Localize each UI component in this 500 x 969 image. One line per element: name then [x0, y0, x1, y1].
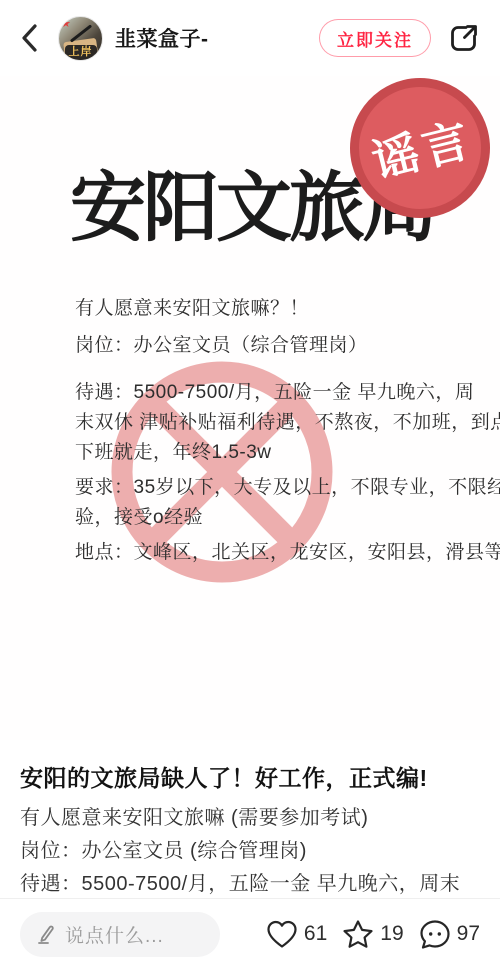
star-icon [341, 918, 375, 951]
image-text-line: 末双休 津贴补贴福利待遇，不熬夜，不加班，到点 [75, 408, 465, 438]
rumor-stamp-label: 谣言 [360, 103, 480, 193]
post-description-line: 岗位：办公室文员 (综合管理岗) [20, 835, 492, 868]
follow-button[interactable]: 立即关注 [319, 19, 431, 57]
image-text-line: 要求：35岁以下，大专及以上，不限专业，不限经 [75, 473, 465, 503]
top-nav-bar: ★ 上岸 韭菜盒子- 立即关注 [0, 0, 500, 76]
image-body-text: 有人愿意来安阳文旅嘛？！ 岗位：办公室文员（综合管理岗） 待遇：5500-750… [75, 294, 465, 568]
comment-button[interactable]: 97 [418, 918, 480, 951]
image-text-line: 下班就走，年终1.5-3w [75, 438, 465, 468]
post-title: 安阳的文旅局缺人了！好工作，正式编! [20, 760, 486, 793]
pencil-icon [35, 924, 56, 945]
back-button[interactable] [20, 22, 42, 54]
avatar-star-icon: ★ [61, 17, 71, 30]
note-image[interactable]: 安阳文旅局 谣言 有人愿意来安阳文旅嘛？！ 岗位：办公室文员（综合管理岗） 待遇… [0, 76, 500, 740]
image-text-line: 验，接受o经验 [75, 503, 465, 533]
avatar-badge: 上岸 [65, 45, 97, 60]
collect-button[interactable]: 19 [341, 918, 403, 951]
image-text-line: 待遇：5500-7500/月，五险一金 早九晚六，周 [75, 378, 465, 408]
share-button[interactable] [446, 21, 480, 55]
comment-count: 97 [457, 922, 480, 946]
chevron-left-icon [20, 23, 40, 53]
share-icon [447, 22, 480, 55]
comment-input[interactable]: 说点什么... [20, 912, 220, 957]
image-text-line: 有人愿意来安阳文旅嘛？！ [75, 294, 465, 324]
post-description-line: 有人愿意来安阳文旅嘛 (需要参加考试) [20, 802, 492, 835]
comment-bubble-icon [418, 918, 452, 951]
like-button[interactable]: 61 [265, 918, 327, 951]
image-text-line: 岗位：办公室文员（综合管理岗） [75, 331, 465, 361]
post-description: 有人愿意来安阳文旅嘛 (需要参加考试) 岗位：办公室文员 (综合管理岗) 待遇：… [20, 802, 492, 901]
post-description-line: 待遇：5500-7500/月，五险一金 早九晚六，周末 [20, 868, 492, 901]
like-count: 61 [304, 922, 327, 946]
username[interactable]: 韭菜盒子- [115, 23, 209, 53]
bottom-action-bar: 说点什么... 61 19 97 [0, 898, 500, 969]
comment-placeholder: 说点什么... [65, 921, 164, 948]
engagement-actions: 61 19 97 [265, 918, 480, 951]
avatar[interactable]: ★ 上岸 [58, 16, 103, 61]
collect-count: 19 [380, 922, 403, 946]
image-text-line: 地点：文峰区，北关区，龙安区，安阳县，滑县等 [75, 538, 465, 568]
heart-icon [265, 918, 299, 951]
